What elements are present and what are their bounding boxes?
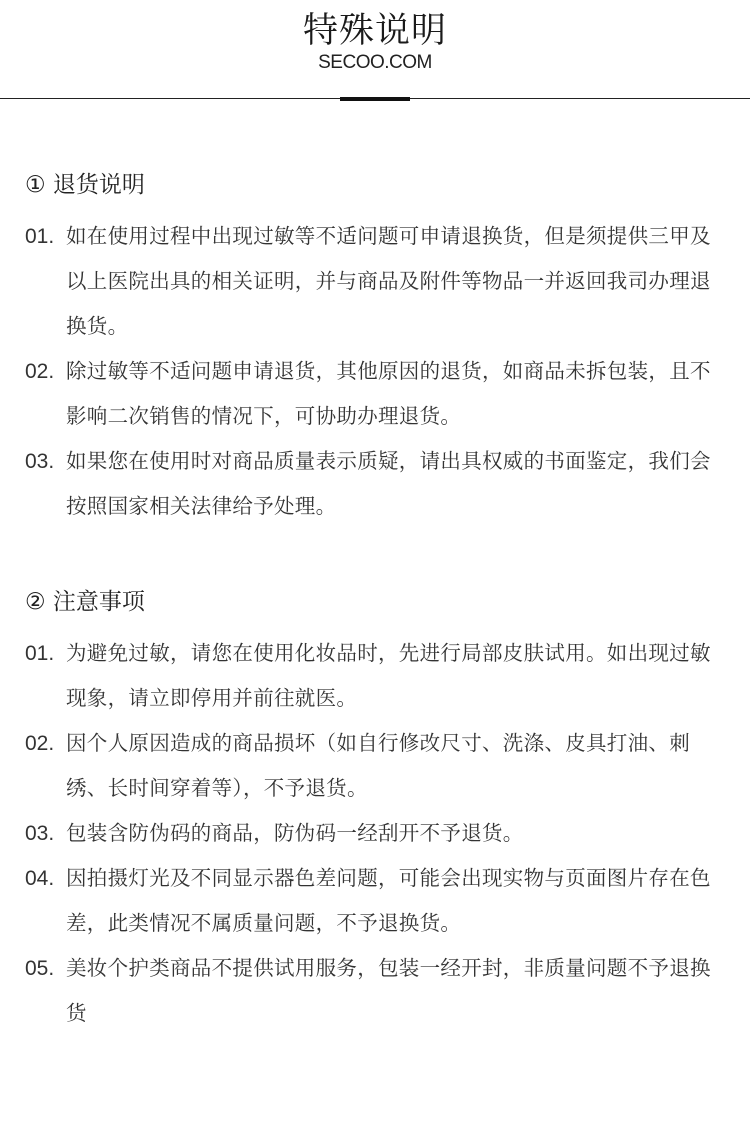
brand-subtitle: SECOO.COM: [0, 52, 750, 74]
item-text: 包装含防伪码的商品，防伪码一经刮开不予退货。: [66, 811, 730, 856]
item-text: 因个人原因造成的商品损坏（如自行修改尺寸、洗涤、皮具打油、刺绣、长时间穿着等），…: [66, 721, 730, 811]
page-title: 特殊说明: [0, 8, 750, 54]
page-header: 特殊说明 SECOO.COM: [0, 0, 750, 110]
item-text: 除过敏等不适问题申请退货，其他原因的退货，如商品未拆包装，且不影响二次销售的情况…: [66, 349, 730, 439]
item-number: 01.: [25, 214, 54, 259]
section-title: ① 退货说明: [25, 170, 145, 200]
item-number: 02.: [25, 721, 54, 766]
section-title: ② 注意事项: [25, 587, 145, 617]
item-number: 03.: [25, 811, 54, 856]
item-text: 因拍摄灯光及不同显示器色差问题，可能会出现实物与页面图片存在色差，此类情况不属质…: [66, 856, 730, 946]
item-text: 美妆个护类商品不提供试用服务，包装一经开封，非质量问题不予退换货: [66, 946, 730, 1036]
header-divider-accent: [340, 97, 410, 101]
item-number: 02.: [25, 349, 54, 394]
item-number: 03.: [25, 439, 54, 484]
item-number: 04.: [25, 856, 54, 901]
item-text: 如果您在使用时对商品质量表示质疑，请出具权威的书面鉴定，我们会按照国家相关法律给…: [66, 439, 730, 529]
item-text: 如在使用过程中出现过敏等不适问题可申请退换货，但是须提供三甲及以上医院出具的相关…: [66, 214, 730, 349]
item-text: 为避免过敏，请您在使用化妆品时，先进行局部皮肤试用。如出现过敏现象，请立即停用并…: [66, 631, 730, 721]
item-number: 01.: [25, 631, 54, 676]
item-number: 05.: [25, 946, 54, 991]
